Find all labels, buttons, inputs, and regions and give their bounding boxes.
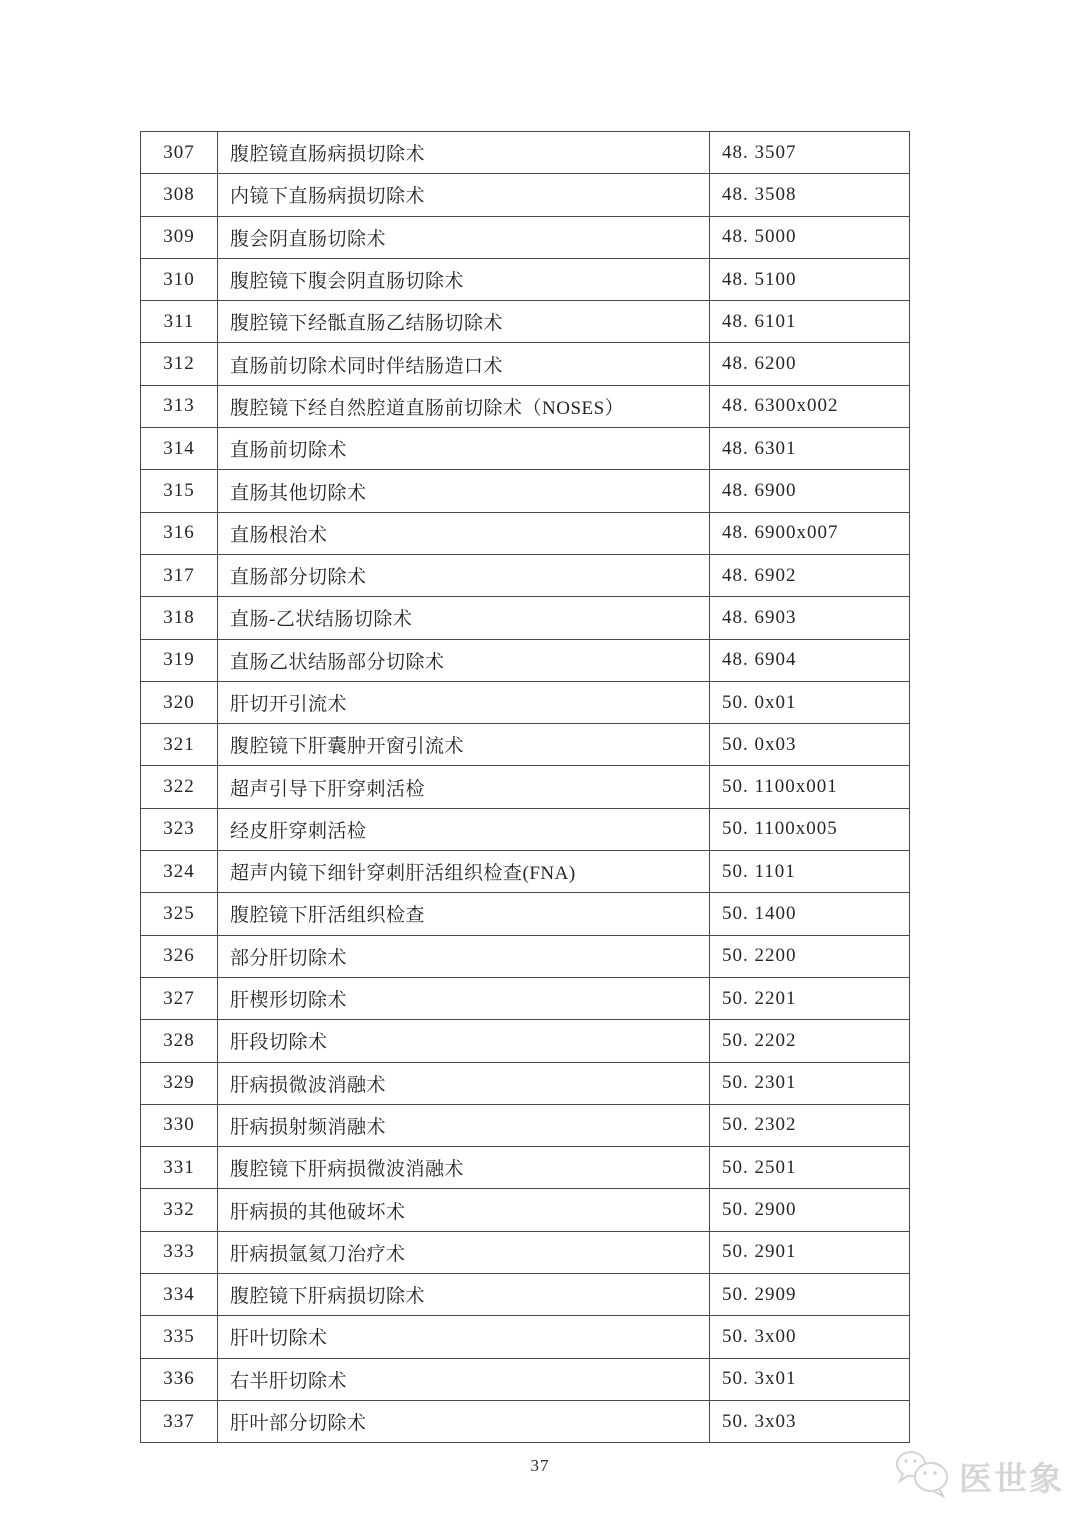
- table-row: 325 腹腔镜下肝活组织检查 50. 1400: [141, 893, 910, 935]
- procedure-code: 50. 2909: [710, 1274, 910, 1316]
- procedure-name: 部分肝切除术: [218, 935, 710, 977]
- row-number: 311: [141, 301, 218, 343]
- table-row: 309 腹会阴直肠切除术 48. 5000: [141, 216, 910, 258]
- procedure-name: 超声内镜下细针穿刺肝活组织检查(FNA): [218, 851, 710, 893]
- procedure-code: 48. 6902: [710, 554, 910, 596]
- procedure-code: 48. 5000: [710, 216, 910, 258]
- procedure-code: 48. 6903: [710, 597, 910, 639]
- procedure-name: 直肠-乙状结肠切除术: [218, 597, 710, 639]
- procedure-code: 50. 3x00: [710, 1316, 910, 1358]
- row-number: 322: [141, 766, 218, 808]
- procedure-code: 50. 1400: [710, 893, 910, 935]
- table-row: 326 部分肝切除术 50. 2200: [141, 935, 910, 977]
- procedure-name: 腹腔镜直肠病损切除术: [218, 132, 710, 174]
- watermark: 医世象: [893, 1448, 1064, 1505]
- procedure-name: 肝病损的其他破坏术: [218, 1189, 710, 1231]
- procedure-name: 经皮肝穿刺活检: [218, 808, 710, 850]
- procedure-code: 50. 0x03: [710, 724, 910, 766]
- procedure-code: 50. 3x03: [710, 1400, 910, 1442]
- row-number: 329: [141, 1062, 218, 1104]
- row-number: 323: [141, 808, 218, 850]
- table-row: 314 直肠前切除术 48. 6301: [141, 428, 910, 470]
- procedure-name: 腹腔镜下腹会阴直肠切除术: [218, 258, 710, 300]
- table-row: 316 直肠根治术 48. 6900x007: [141, 512, 910, 554]
- procedure-code: 48. 6300x002: [710, 385, 910, 427]
- procedure-name: 腹腔镜下经自然腔道直肠前切除术（NOSES）: [218, 385, 710, 427]
- document-page: 307 腹腔镜直肠病损切除术 48. 3507 308 内镜下直肠病损切除术 4…: [0, 0, 1080, 1526]
- table-row: 317 直肠部分切除术 48. 6902: [141, 554, 910, 596]
- table-row: 315 直肠其他切除术 48. 6900: [141, 470, 910, 512]
- table-row: 323 经皮肝穿刺活检 50. 1100x005: [141, 808, 910, 850]
- procedure-name: 腹腔镜下肝囊肿开窗引流术: [218, 724, 710, 766]
- procedure-name: 直肠前切除术同时伴结肠造口术: [218, 343, 710, 385]
- row-number: 307: [141, 132, 218, 174]
- procedure-code: 48. 6101: [710, 301, 910, 343]
- procedure-code: 50. 2200: [710, 935, 910, 977]
- row-number: 317: [141, 554, 218, 596]
- table-row: 322 超声引导下肝穿刺活检 50. 1100x001: [141, 766, 910, 808]
- procedure-name: 超声引导下肝穿刺活检: [218, 766, 710, 808]
- table-row: 313 腹腔镜下经自然腔道直肠前切除术（NOSES） 48. 6300x002: [141, 385, 910, 427]
- row-number: 308: [141, 174, 218, 216]
- procedure-name: 直肠乙状结肠部分切除术: [218, 639, 710, 681]
- procedure-code: 48. 3507: [710, 132, 910, 174]
- procedure-name: 肝叶切除术: [218, 1316, 710, 1358]
- row-number: 337: [141, 1400, 218, 1442]
- procedure-code: 50. 2901: [710, 1231, 910, 1273]
- procedure-code: 48. 6200: [710, 343, 910, 385]
- table-row: 333 肝病损氩氦刀治疗术 50. 2901: [141, 1231, 910, 1273]
- procedure-name: 肝段切除术: [218, 1020, 710, 1062]
- procedure-name: 直肠部分切除术: [218, 554, 710, 596]
- procedure-name: 肝病损射频消融术: [218, 1104, 710, 1146]
- table-row: 335 肝叶切除术 50. 3x00: [141, 1316, 910, 1358]
- procedure-code: 48. 6301: [710, 428, 910, 470]
- procedure-code: 50. 2202: [710, 1020, 910, 1062]
- procedure-name: 右半肝切除术: [218, 1358, 710, 1400]
- procedure-name: 内镜下直肠病损切除术: [218, 174, 710, 216]
- table-row: 308 内镜下直肠病损切除术 48. 3508: [141, 174, 910, 216]
- procedure-code: 50. 0x01: [710, 681, 910, 723]
- row-number: 326: [141, 935, 218, 977]
- table-row: 324 超声内镜下细针穿刺肝活组织检查(FNA) 50. 1101: [141, 851, 910, 893]
- row-number: 319: [141, 639, 218, 681]
- row-number: 327: [141, 977, 218, 1019]
- table-row: 307 腹腔镜直肠病损切除术 48. 3507: [141, 132, 910, 174]
- table-row: 311 腹腔镜下经骶直肠乙结肠切除术 48. 6101: [141, 301, 910, 343]
- row-number: 314: [141, 428, 218, 470]
- procedure-code: 50. 3x01: [710, 1358, 910, 1400]
- procedure-code: 50. 1101: [710, 851, 910, 893]
- procedure-name: 腹会阴直肠切除术: [218, 216, 710, 258]
- procedure-name: 直肠根治术: [218, 512, 710, 554]
- chat-bubbles-icon: [893, 1448, 955, 1505]
- row-number: 324: [141, 851, 218, 893]
- row-number: 331: [141, 1147, 218, 1189]
- procedure-code: 48. 6904: [710, 639, 910, 681]
- procedure-code: 50. 1100x005: [710, 808, 910, 850]
- procedure-code: 50. 2501: [710, 1147, 910, 1189]
- watermark-label: 医世象: [959, 1453, 1064, 1500]
- row-number: 313: [141, 385, 218, 427]
- row-number: 310: [141, 258, 218, 300]
- procedure-code: 50. 2302: [710, 1104, 910, 1146]
- procedure-name: 腹腔镜下肝活组织检查: [218, 893, 710, 935]
- table-row: 319 直肠乙状结肠部分切除术 48. 6904: [141, 639, 910, 681]
- procedure-code: 48. 5100: [710, 258, 910, 300]
- procedure-name: 肝楔形切除术: [218, 977, 710, 1019]
- row-number: 309: [141, 216, 218, 258]
- procedure-name: 肝叶部分切除术: [218, 1400, 710, 1442]
- table-row: 330 肝病损射频消融术 50. 2302: [141, 1104, 910, 1146]
- procedure-name: 肝病损氩氦刀治疗术: [218, 1231, 710, 1273]
- table-row: 328 肝段切除术 50. 2202: [141, 1020, 910, 1062]
- row-number: 333: [141, 1231, 218, 1273]
- table-row: 332 肝病损的其他破坏术 50. 2900: [141, 1189, 910, 1231]
- table-row: 310 腹腔镜下腹会阴直肠切除术 48. 5100: [141, 258, 910, 300]
- row-number: 321: [141, 724, 218, 766]
- row-number: 316: [141, 512, 218, 554]
- row-number: 336: [141, 1358, 218, 1400]
- procedure-name: 腹腔镜下肝病损切除术: [218, 1274, 710, 1316]
- procedure-code: 50. 2900: [710, 1189, 910, 1231]
- table-row: 318 直肠-乙状结肠切除术 48. 6903: [141, 597, 910, 639]
- procedure-name: 直肠前切除术: [218, 428, 710, 470]
- row-number: 328: [141, 1020, 218, 1062]
- row-number: 320: [141, 681, 218, 723]
- procedure-code: 50. 1100x001: [710, 766, 910, 808]
- procedure-name: 肝病损微波消融术: [218, 1062, 710, 1104]
- procedure-code: 48. 6900x007: [710, 512, 910, 554]
- procedure-code: 50. 2301: [710, 1062, 910, 1104]
- table-row: 327 肝楔形切除术 50. 2201: [141, 977, 910, 1019]
- table-row: 312 直肠前切除术同时伴结肠造口术 48. 6200: [141, 343, 910, 385]
- table-row: 329 肝病损微波消融术 50. 2301: [141, 1062, 910, 1104]
- procedure-name: 腹腔镜下肝病损微波消融术: [218, 1147, 710, 1189]
- procedure-name: 腹腔镜下经骶直肠乙结肠切除术: [218, 301, 710, 343]
- row-number: 334: [141, 1274, 218, 1316]
- procedure-code: 48. 3508: [710, 174, 910, 216]
- procedure-name: 直肠其他切除术: [218, 470, 710, 512]
- procedure-code-table: 307 腹腔镜直肠病损切除术 48. 3507 308 内镜下直肠病损切除术 4…: [140, 131, 910, 1443]
- row-number: 330: [141, 1104, 218, 1146]
- row-number: 332: [141, 1189, 218, 1231]
- table-row: 321 腹腔镜下肝囊肿开窗引流术 50. 0x03: [141, 724, 910, 766]
- table-row: 320 肝切开引流术 50. 0x01: [141, 681, 910, 723]
- row-number: 318: [141, 597, 218, 639]
- row-number: 312: [141, 343, 218, 385]
- procedure-code: 48. 6900: [710, 470, 910, 512]
- procedure-code: 50. 2201: [710, 977, 910, 1019]
- table-row: 331 腹腔镜下肝病损微波消融术 50. 2501: [141, 1147, 910, 1189]
- procedure-name: 肝切开引流术: [218, 681, 710, 723]
- table-row: 334 腹腔镜下肝病损切除术 50. 2909: [141, 1274, 910, 1316]
- table-row: 337 肝叶部分切除术 50. 3x03: [141, 1400, 910, 1442]
- table-row: 336 右半肝切除术 50. 3x01: [141, 1358, 910, 1400]
- row-number: 335: [141, 1316, 218, 1358]
- row-number: 325: [141, 893, 218, 935]
- row-number: 315: [141, 470, 218, 512]
